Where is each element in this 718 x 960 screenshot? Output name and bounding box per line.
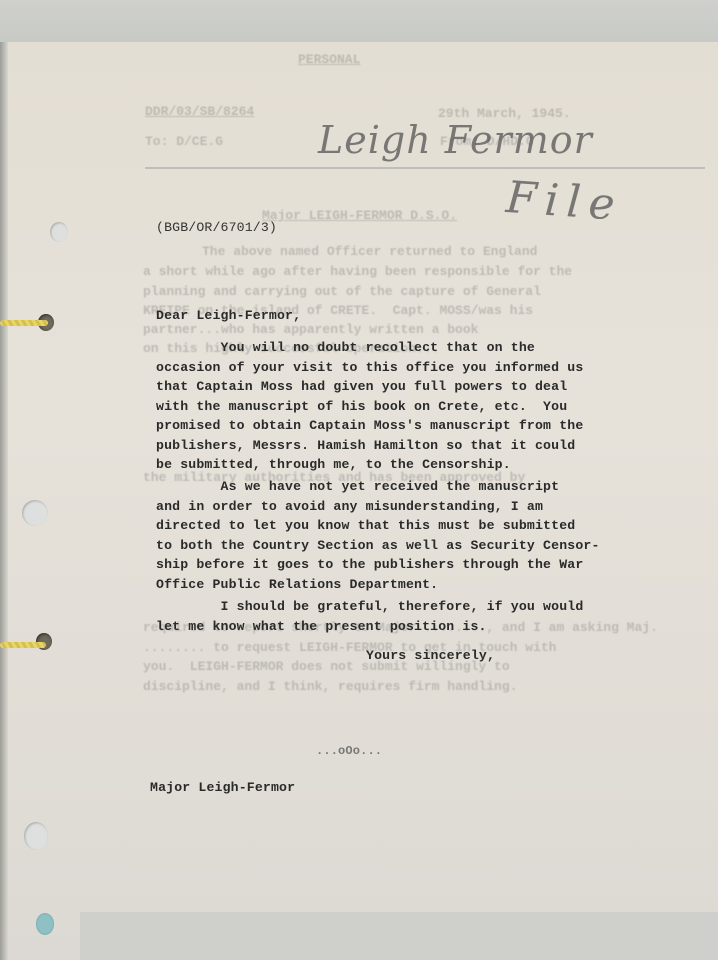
ghost-ref: DDR/03/SB/8264 [145, 104, 254, 119]
binding-string [0, 320, 48, 326]
ghost-rule [145, 167, 705, 169]
ghost-line: The above named Officer returned to Engl… [202, 244, 537, 259]
ghost-line: planning and carrying out of the capture… [143, 284, 541, 299]
handwritten-annotation-name: Leigh Fermor [318, 118, 593, 162]
punch-hole [36, 913, 54, 935]
binding-string [0, 642, 46, 648]
ghost-header: PERSONAL [298, 52, 360, 67]
punch-hole [22, 500, 48, 526]
ghost-subject: Major LEIGH-FERMOR D.S.O. [262, 208, 457, 223]
separator: ...oOo... [316, 744, 382, 758]
punch-hole [50, 222, 68, 242]
paragraph-3: I should be grateful, therefore, if you … [156, 597, 583, 636]
ghost-line: partner...who has apparently written a b… [143, 322, 478, 337]
addressee: Major Leigh-Fermor [150, 780, 295, 795]
handwritten-annotation-file: File [504, 172, 624, 231]
underlying-sheet-edge [80, 912, 718, 960]
paragraph-1: You will no doubt recollect that on the … [156, 338, 583, 475]
salutation: Dear Leigh-Fermor, [156, 308, 301, 323]
ghost-line: discipline, and I think, requires firm h… [143, 679, 517, 694]
punch-hole [24, 822, 48, 850]
background-sheet-edge [0, 0, 718, 43]
ghost-to: To: D/CE.G [145, 134, 223, 149]
ghost-line: a short while ago after having been resp… [143, 264, 572, 279]
reference-number: (BGB/OR/6701/3) [156, 220, 277, 235]
closing: Yours sincerely, [366, 648, 495, 663]
paragraph-2: As we have not yet received the manuscri… [156, 477, 600, 594]
page-edge-shadow [0, 42, 8, 960]
